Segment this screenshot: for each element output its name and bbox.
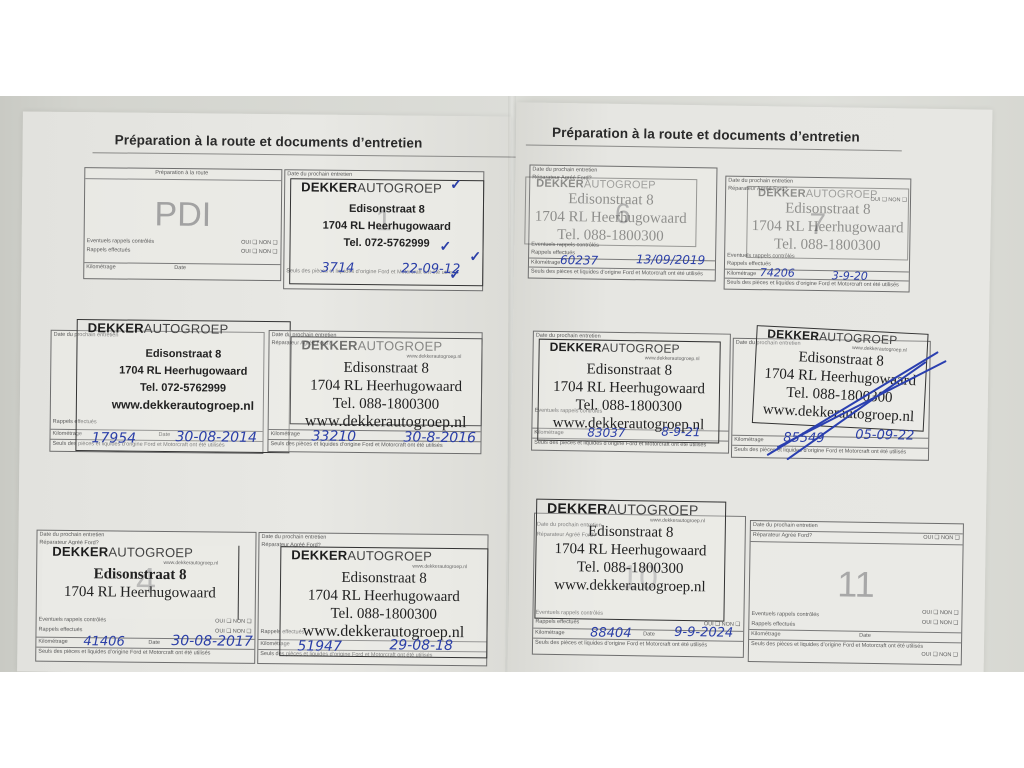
stamp-city: 1704 RL Heerhugowaard: [281, 586, 487, 606]
title-rule: [526, 144, 902, 151]
handwritten-km: 74206: [760, 266, 795, 280]
handwritten-date: 30-08-2014: [175, 429, 257, 446]
stamp-address: Edisonstraat 8: [42, 565, 238, 585]
handwritten-km: 41406: [83, 634, 125, 649]
handwritten-km: 60237: [560, 253, 598, 268]
oui-non-checkbox[interactable]: OUI ❑ NON ❑: [241, 240, 278, 246]
checkmark-icon: ✓: [450, 176, 462, 193]
dealer-stamp: DEKKERAUTOGROEP Edisonstraat 8 1704 RL H…: [524, 176, 697, 247]
stamp-phone: Tel. 072-5762999: [290, 234, 482, 253]
handwritten-date: 3-9-20: [832, 269, 868, 283]
handwritten-date: 8-9-21: [661, 425, 700, 440]
stamp-brand: DEKKERAUTOGROEP: [537, 500, 725, 519]
stamp-brand: DEKKERAUTOGROEP: [42, 544, 238, 561]
date-prochain-label: Date du prochain entretien: [753, 522, 818, 529]
handwritten-km: 88404: [590, 626, 632, 642]
checkmark-icon: ✓: [469, 248, 481, 265]
stamp-city: 1704 RL Heerhugowaard: [42, 583, 238, 603]
rappels-effectues-label: Rappels effectués: [535, 619, 579, 626]
card-pdi: Préparation à la route PDI Eventuels rap…: [83, 167, 282, 281]
km-label: Kilométrage: [734, 437, 763, 443]
stamp-city: 1704 RL Heerhugowaard: [536, 540, 724, 561]
handwritten-km: 33210: [311, 429, 356, 445]
rappels-effectues-label: Rappels effectués: [751, 621, 795, 628]
stamp-city: 1704 RL Heerhugowaard: [291, 376, 481, 396]
km-label: Kilométrage: [727, 271, 756, 277]
stamp-brand: DEKKERAUTOGROEP: [540, 340, 720, 357]
stamp-brand: DEKKERAUTOGROEP: [281, 547, 487, 564]
right-page: Préparation à la route et documents d’en…: [508, 102, 993, 672]
oui-non-checkbox[interactable]: OUI ❑ NON ❑: [241, 249, 278, 255]
dealer-stamp: DEKKERAUTOGROEP www.dekkerautogroep.nl E…: [534, 499, 726, 622]
km-label: Kilométrage: [531, 260, 560, 266]
page-title: Préparation à la route et documents d’en…: [552, 125, 860, 145]
km-label: Kilométrage: [751, 631, 780, 637]
handwritten-km: 83037: [587, 425, 625, 440]
left-page: Préparation à la route et documents d’en…: [17, 111, 511, 672]
card-number: PDI: [154, 196, 211, 236]
stamp-brand: DEKKERAUTOGROEP: [291, 337, 481, 354]
dealer-stamp: DEKKERAUTOGROEP Edisonstraat 8 1704 RL H…: [746, 186, 909, 261]
reparateur-label: Réparateur Agréé Ford?: [753, 532, 812, 539]
rappels-controles-label: Eventuels rappels contrôlés: [87, 238, 155, 245]
stamp-address: Edisonstraat 8: [281, 568, 487, 588]
handwritten-date: 30-8-2016: [403, 429, 476, 446]
oui-non-checkbox[interactable]: OUI ❑ NON ❑: [921, 652, 958, 659]
handwritten-date: 13/09/2019: [636, 252, 705, 267]
stamp-phone: Tel. 088-1800300: [291, 394, 481, 414]
card-11: Date du prochain entretien Réparateur Ag…: [748, 520, 964, 665]
stamp-city: 1704 RL Heerhugowaard: [539, 378, 719, 399]
handwritten-km: 85549: [783, 431, 825, 447]
stamp-city: 1704 RL Heerhugowaard: [526, 207, 696, 228]
checkmark-icon: ✓: [439, 238, 451, 255]
handwritten-date: 9-9-2024: [674, 625, 733, 641]
date-prochain-label: Date du prochain entretien: [39, 532, 104, 539]
date-prochain-label: Date du prochain entretien: [532, 167, 597, 174]
date-prochain-label: Date du prochain entretien: [728, 178, 793, 185]
dealer-stamp: DEKKERAUTOGROEP www.dekkerautogroep.nl E…: [290, 336, 483, 426]
rappels-controles-label: Eventuels rappels contrôlés: [751, 611, 819, 618]
date-label: Date: [174, 265, 186, 271]
handwritten-km: 51947: [297, 638, 342, 654]
card-number: 11: [837, 563, 875, 606]
page-title: Préparation à la route et documents d’en…: [115, 132, 423, 150]
stamp-city: 1704 RL Heerhugowaard: [291, 217, 483, 236]
stamp-city: 1704 RL Heerhugowaard: [77, 362, 289, 381]
handwritten-km: 3714: [321, 261, 354, 276]
date-label: Date: [643, 631, 655, 637]
handwritten-date: 05-09-22: [855, 428, 914, 444]
handwritten-date: 30-08-2017: [171, 633, 253, 650]
km-label: Kilométrage: [86, 264, 115, 270]
oui-non-checkbox[interactable]: OUI ❑ NON ❑: [923, 535, 960, 542]
handwritten-date: 29-08-18: [389, 637, 453, 654]
date-label: Date: [148, 640, 160, 646]
dealer-stamp: DEKKERAUTOGROEP www.dekkerautogroep.nl E…: [42, 544, 240, 620]
stamp-address: Edisonstraat 8: [77, 345, 289, 364]
stamp-phone: Tel. 088-1800300: [525, 225, 695, 246]
km-label: Kilométrage: [38, 639, 67, 645]
stamp-city: 1704 RL Heerhugowaard: [747, 217, 907, 238]
card-header: Préparation à la route: [155, 170, 208, 177]
stamp-phone: Tel. 088-1800300: [281, 604, 487, 624]
stamp-brand: DEKKERAUTOGROEP: [78, 320, 290, 337]
date-prochain-label: Date du prochain entretien: [261, 534, 326, 541]
rappels-effectues-label: Rappels effectués: [86, 247, 130, 253]
rappels-effectues-label: Rappels effectués: [38, 627, 82, 633]
stamp-website: www.dekkerautogroep.nl: [536, 576, 724, 597]
checkmark-icon: ✓: [449, 266, 461, 283]
stamp-address: Edisonstraat 8: [291, 358, 481, 378]
title-rule: [93, 152, 517, 157]
oui-non-checkbox[interactable]: OUI ❑ NON ❑: [922, 610, 959, 617]
stamp-website: www.dekkerautogroep.nl: [77, 396, 289, 415]
stamp-phone: Tel. 088-1800300: [747, 235, 907, 256]
date-label: Date: [859, 633, 871, 639]
km-label: Kilométrage: [535, 630, 564, 636]
handwritten-km: 17954: [91, 430, 136, 446]
oui-non-checkbox[interactable]: OUI ❑ NON ❑: [922, 620, 959, 627]
stamp-address: Edisonstraat 8: [291, 200, 483, 219]
booklet-photo: Préparation à la route et documents d’en…: [0, 96, 1024, 672]
km-label: Kilométrage: [271, 431, 300, 437]
date-prochain-label: Date du prochain entretien: [287, 171, 352, 178]
